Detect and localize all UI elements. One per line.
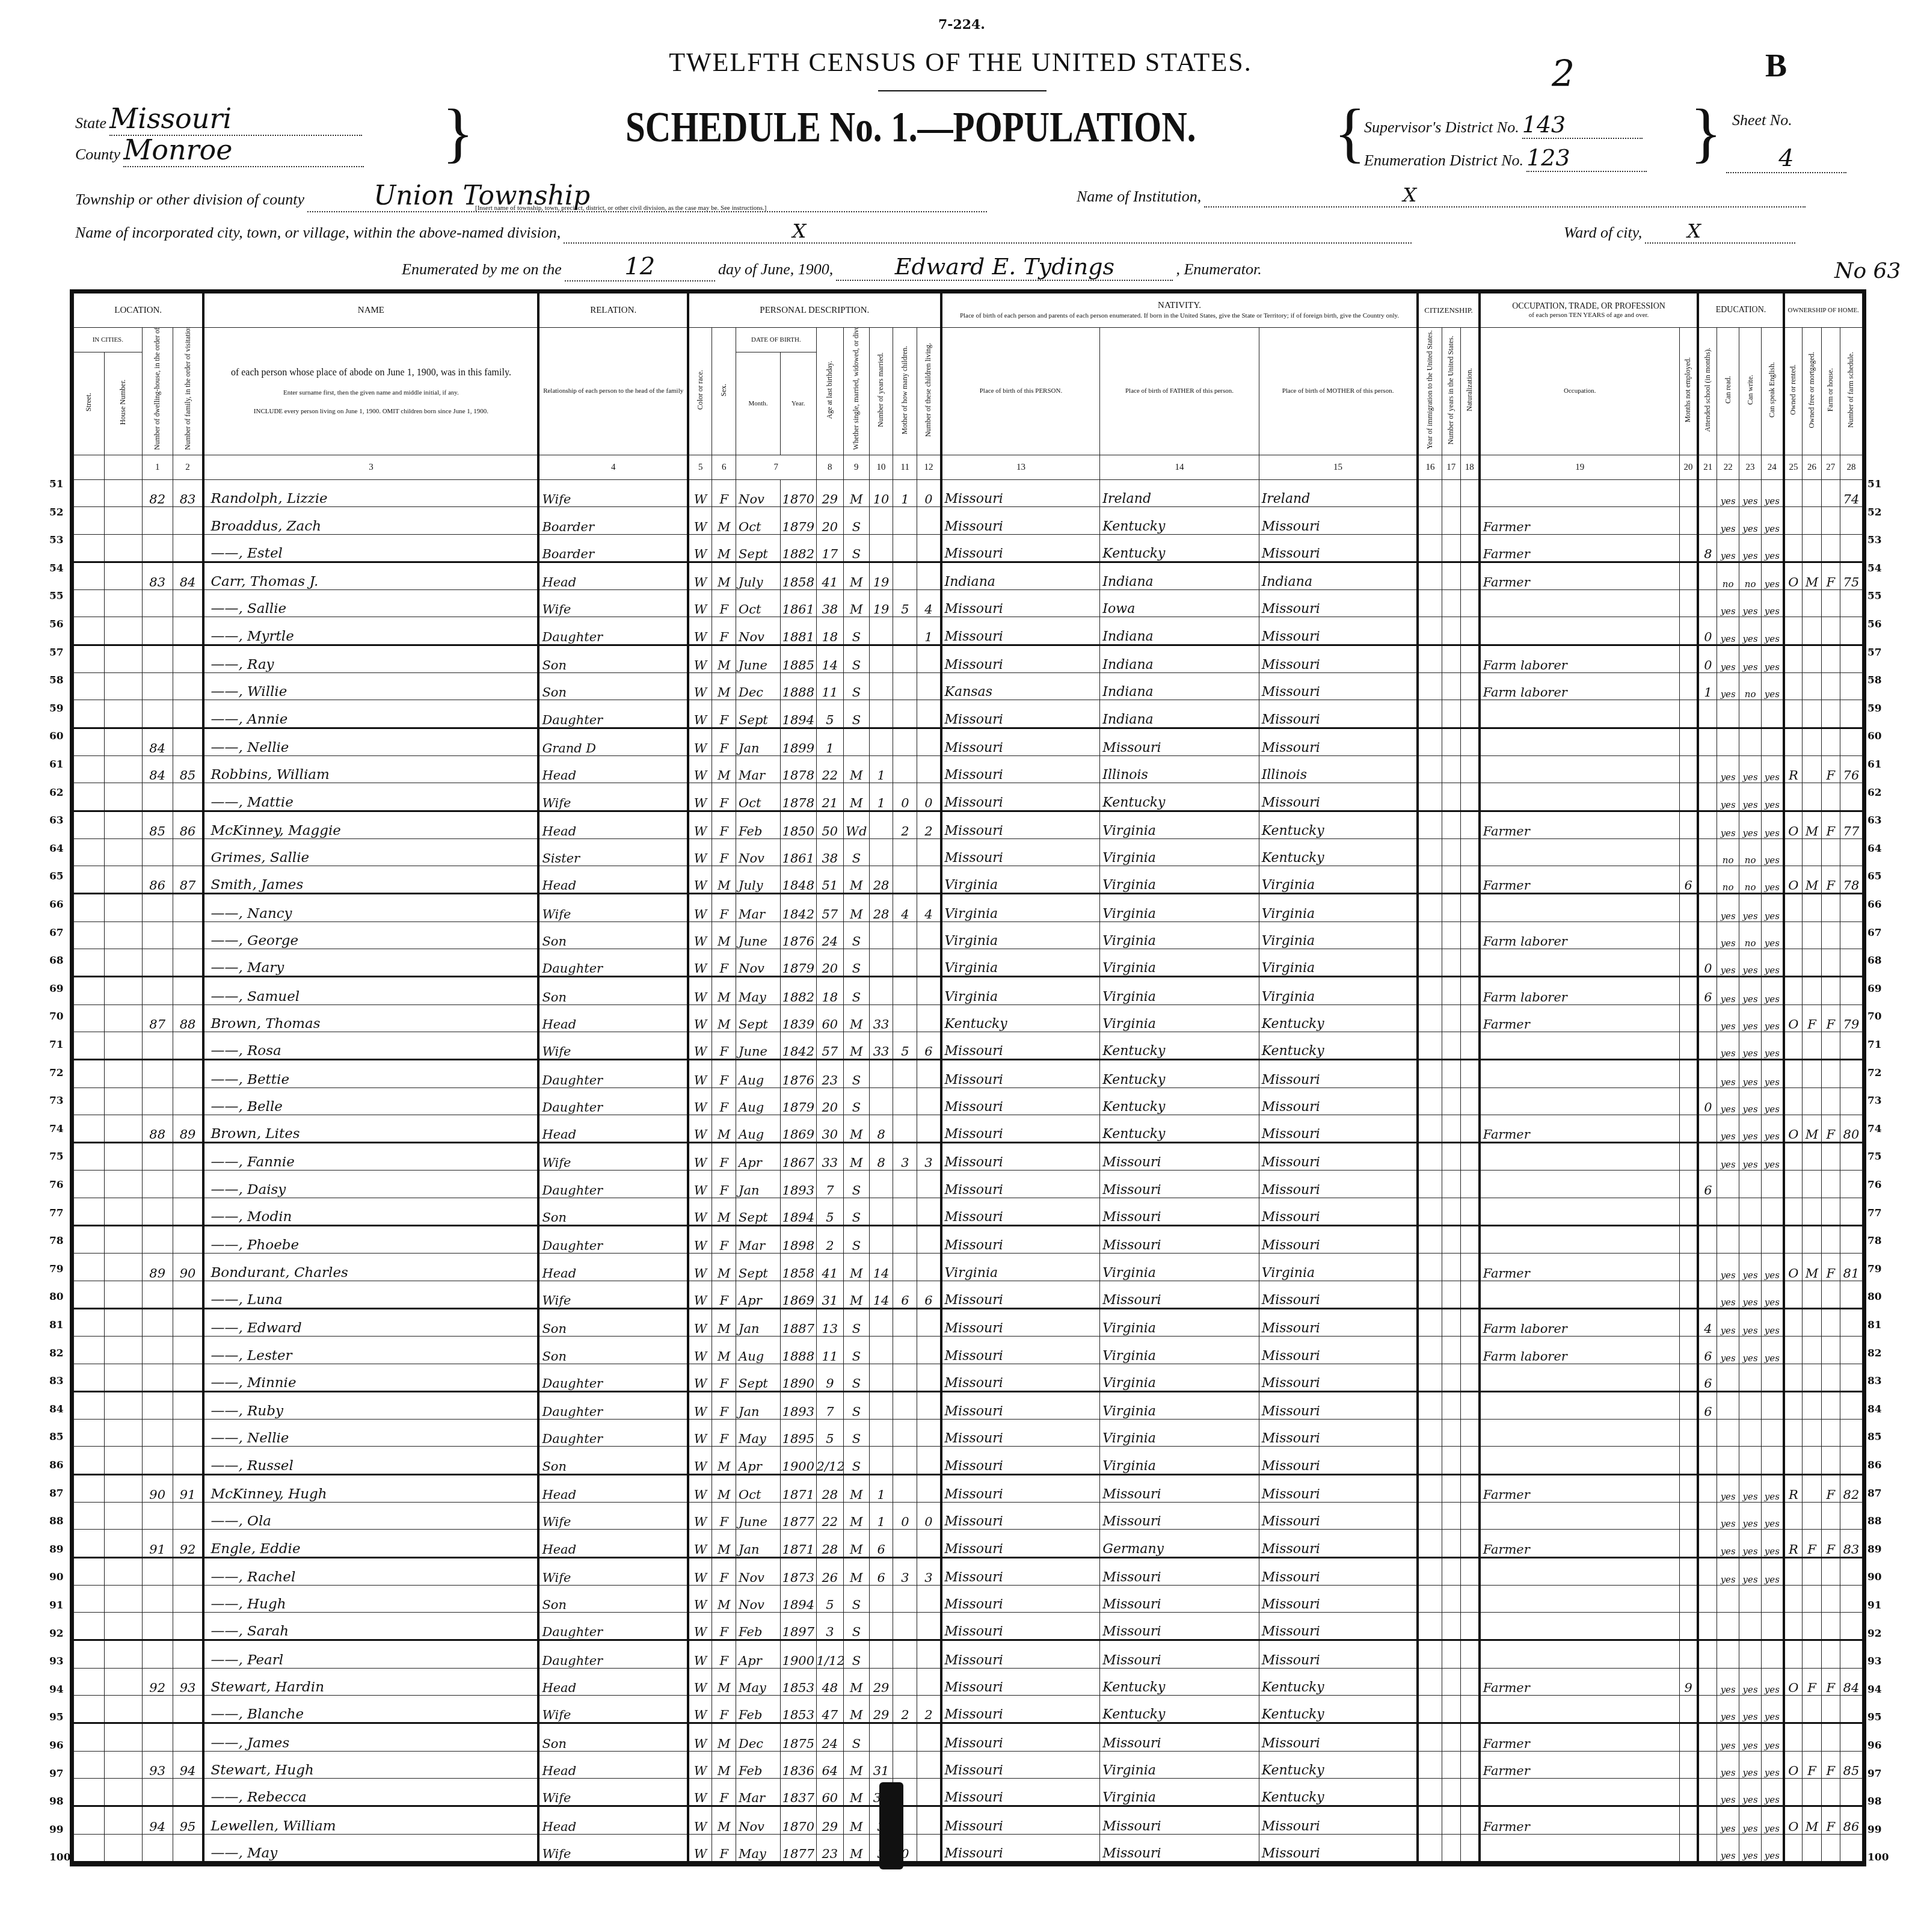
- dwelling-number: [142, 1723, 173, 1751]
- person-name: ——, Estel: [203, 534, 538, 562]
- age: 57: [816, 1032, 843, 1059]
- birthplace-person: Missouri: [941, 1226, 1100, 1254]
- owned-rented: O: [1784, 866, 1803, 894]
- age: 14: [816, 645, 843, 672]
- can-write: [1739, 1171, 1762, 1198]
- family-number: 90: [173, 1254, 203, 1281]
- can-speak-english: [1762, 1364, 1784, 1391]
- blank-cell: [74, 755, 105, 783]
- table-row: ——, NancyWifeWFMar184257M2844VirginiaVir…: [74, 894, 1863, 921]
- birth-month: Nov: [736, 838, 781, 866]
- blank-cell: [105, 1447, 143, 1474]
- occupation: [1480, 1834, 1679, 1862]
- blank-cell: [105, 1391, 143, 1419]
- birthplace-person: Missouri: [941, 1502, 1100, 1529]
- months-not-employed: [1679, 1226, 1698, 1254]
- table-row: ——, RosaWifeWFJune184257M3356MissouriKen…: [74, 1032, 1863, 1059]
- color: W: [688, 755, 712, 783]
- line-number-left: 93: [49, 1655, 64, 1667]
- marital-status: M: [844, 1032, 870, 1059]
- blank-cell: [1442, 1640, 1460, 1668]
- farm-house: [1821, 1281, 1840, 1308]
- birthplace-father: Kentucky: [1100, 1668, 1259, 1695]
- blank-cell: [1442, 1696, 1460, 1723]
- blank-cell: [1442, 562, 1460, 589]
- birthplace-mother: Missouri: [1259, 507, 1418, 534]
- table-row: 8788Brown, ThomasHeadWMSept183960M33Kent…: [74, 1004, 1863, 1032]
- table-row: ——, GeorgeSonWMJune187624SVirginiaVirgin…: [74, 921, 1863, 949]
- children-living: [917, 1004, 941, 1032]
- children-living: 6: [917, 1032, 941, 1059]
- farm-house: F: [1821, 1254, 1840, 1281]
- can-read: yes: [1717, 1115, 1739, 1142]
- attended-school: 0: [1698, 617, 1717, 645]
- relation: Daughter: [538, 949, 688, 977]
- birth-year: 1899: [780, 728, 816, 755]
- color: W: [688, 1613, 712, 1640]
- blank-cell: [1460, 1778, 1479, 1806]
- sex-label: Sex.: [720, 384, 728, 396]
- occupation: [1480, 894, 1679, 921]
- blank-cell: [105, 480, 143, 507]
- sex: F: [712, 949, 736, 977]
- children-living: [917, 1447, 941, 1474]
- blank-cell: [105, 562, 143, 589]
- blank-cell: [1418, 1308, 1442, 1336]
- blank-cell: [1418, 1613, 1442, 1640]
- attended-school: 0: [1698, 645, 1717, 672]
- relation: Daughter: [538, 1391, 688, 1419]
- line-number-left: 83: [49, 1375, 64, 1387]
- farm-schedule-number: [1840, 507, 1862, 534]
- blank-cell: [1460, 977, 1479, 1004]
- attended-school: [1698, 1585, 1717, 1612]
- person-name: ——, George: [203, 921, 538, 949]
- children-living: 0: [917, 1502, 941, 1529]
- blank-cell: [1442, 1447, 1460, 1474]
- relation: Wife: [538, 894, 688, 921]
- blank-cell: [105, 645, 143, 672]
- birthplace-mother: Virginia: [1259, 894, 1418, 921]
- can-read: yes: [1717, 1004, 1739, 1032]
- can-write: yes: [1739, 645, 1762, 672]
- family-number: [173, 1281, 203, 1308]
- children-living: 4: [917, 590, 941, 617]
- line-number-right: 68: [1867, 955, 1882, 967]
- blank-cell: [105, 700, 143, 728]
- owned-rented: O: [1784, 1115, 1803, 1142]
- table-row: ——, MyrtleDaughterWFNov188118S1MissouriI…: [74, 617, 1863, 645]
- birth-year: 1839: [780, 1004, 816, 1032]
- birth-month: Apr: [736, 1640, 781, 1668]
- color: W: [688, 1668, 712, 1695]
- column-number: 7: [736, 455, 817, 480]
- birth-month: Dec: [736, 673, 781, 700]
- blank-cell: [1418, 1143, 1442, 1171]
- free-mortgaged: M: [1803, 866, 1821, 894]
- attended-school: [1698, 1143, 1717, 1171]
- header-ownership: OWNERSHIP OF HOME.: [1784, 294, 1863, 328]
- blank-cell: [1460, 1171, 1479, 1198]
- table-row: ——, RebeccaWifeWFMar183760M31MissouriVir…: [74, 1778, 1863, 1806]
- birthplace-mother: Missouri: [1259, 673, 1418, 700]
- header-pob-father: Place of birth of FATHER of this person.: [1100, 328, 1259, 455]
- birthplace-person: Missouri: [941, 700, 1100, 728]
- birth-year: 1853: [780, 1696, 816, 1723]
- birthplace-father: Missouri: [1100, 728, 1259, 755]
- header-pob-person: Place of birth of this PERSON.: [941, 328, 1100, 455]
- children-living: 4: [917, 894, 941, 921]
- children-living: [917, 921, 941, 949]
- can-read: yes: [1717, 1254, 1739, 1281]
- column-number: 21: [1698, 455, 1717, 480]
- mother-of: [893, 1723, 917, 1751]
- birth-year: 1894: [780, 700, 816, 728]
- marital-status: M: [844, 894, 870, 921]
- children-living: 3: [917, 1143, 941, 1171]
- farm-schedule-number: 79: [1840, 1004, 1862, 1032]
- birthplace-person: Missouri: [941, 1115, 1100, 1142]
- line-number-right: 58: [1867, 674, 1882, 686]
- family-number: [173, 1778, 203, 1806]
- birthplace-father: Virginia: [1100, 977, 1259, 1004]
- dwelling-number: [142, 617, 173, 645]
- blank-cell: [74, 1391, 105, 1419]
- family-number: [173, 1060, 203, 1088]
- blank-cell: [1418, 1364, 1442, 1391]
- age: 29: [816, 480, 843, 507]
- person-name: Engle, Eddie: [203, 1530, 538, 1557]
- line-number-left: 80: [49, 1291, 64, 1303]
- attended-school: [1698, 1060, 1717, 1088]
- dwelling-number-label: Number of dwelling-house, in the order o…: [153, 330, 161, 450]
- age: 5: [816, 1585, 843, 1612]
- blank-cell: [105, 1337, 143, 1364]
- relation: Son: [538, 1723, 688, 1751]
- relation: Boarder: [538, 507, 688, 534]
- can-speak-english: yes: [1762, 1254, 1784, 1281]
- line-number-left: 95: [49, 1711, 64, 1723]
- blank-cell: [1418, 1806, 1442, 1834]
- table-row: ——, ModinSonWMSept18945SMissouriMissouri…: [74, 1198, 1863, 1225]
- attended-school: [1698, 866, 1717, 894]
- blank-cell: [105, 673, 143, 700]
- attended-school: [1698, 562, 1717, 589]
- owned-rented: [1784, 1171, 1803, 1198]
- farm-schedule-number: [1840, 1640, 1862, 1668]
- occupation: [1480, 1640, 1679, 1668]
- blank-cell: [1442, 1778, 1460, 1806]
- owned-rented: [1784, 480, 1803, 507]
- owned-rented: [1784, 921, 1803, 949]
- owned-rented: [1784, 507, 1803, 534]
- can-speak-english: yes: [1762, 1060, 1784, 1088]
- line-number-right: 83: [1867, 1375, 1882, 1387]
- age: 29: [816, 1806, 843, 1834]
- can-write: [1739, 1613, 1762, 1640]
- owned-rented: [1784, 1723, 1803, 1751]
- header-relation: RELATION.: [538, 294, 688, 328]
- sex: M: [712, 755, 736, 783]
- can-speak-english: yes: [1762, 1530, 1784, 1557]
- farm-schedule-label: Number of farm schedule.: [1847, 352, 1855, 428]
- free-mortgaged: [1803, 921, 1821, 949]
- farm-schedule-number: [1840, 1778, 1862, 1806]
- can-read: yes: [1717, 1088, 1739, 1115]
- family-number: 91: [173, 1474, 203, 1502]
- children-living: [917, 1834, 941, 1862]
- mother-of: [893, 921, 917, 949]
- birthplace-mother: Indiana: [1259, 562, 1418, 589]
- relation: Head: [538, 811, 688, 838]
- relation: Son: [538, 1198, 688, 1225]
- can-read: [1717, 1198, 1739, 1225]
- birthplace-mother: Missouri: [1259, 1088, 1418, 1115]
- blank-cell: [1442, 1088, 1460, 1115]
- can-speak-english: yes: [1762, 480, 1784, 507]
- age: 5: [816, 700, 843, 728]
- attended-school: 6: [1698, 977, 1717, 1004]
- relation: Grand D: [538, 728, 688, 755]
- blank-cell: [1460, 728, 1479, 755]
- farm-house: F: [1821, 1806, 1840, 1834]
- blank-cell: [1442, 1281, 1460, 1308]
- blank-cell: [105, 1751, 143, 1778]
- birth-month: Aug: [736, 1337, 781, 1364]
- farm-house: [1821, 1226, 1840, 1254]
- dwelling-number: 84: [142, 755, 173, 783]
- line-number-left: 61: [49, 758, 64, 771]
- can-write: yes: [1739, 894, 1762, 921]
- birthplace-mother: Missouri: [1259, 1723, 1418, 1751]
- can-speak-english-label: Can speak English.: [1768, 362, 1776, 417]
- line-number-right: 73: [1867, 1095, 1882, 1107]
- family-number: 83: [173, 480, 203, 507]
- children-living: [917, 1420, 941, 1447]
- blank-cell: [74, 1226, 105, 1254]
- sex: F: [712, 1557, 736, 1585]
- children-living-label: Number of these children living.: [924, 343, 932, 437]
- city-value: X: [564, 220, 1412, 244]
- birthplace-father: Missouri: [1100, 1613, 1259, 1640]
- person-name: ——, Lester: [203, 1337, 538, 1364]
- occupation: [1480, 1585, 1679, 1612]
- children-living: [917, 534, 941, 562]
- blank-cell: [74, 1530, 105, 1557]
- owned-rented: [1784, 1640, 1803, 1668]
- blank-cell: [1418, 1391, 1442, 1419]
- farm-schedule-number: [1840, 534, 1862, 562]
- farm-schedule-number: [1840, 921, 1862, 949]
- farm-schedule-number: [1840, 645, 1862, 672]
- person-name: ——, Mary: [203, 949, 538, 977]
- birth-month: Aug: [736, 1115, 781, 1142]
- ward-field: Ward of city, X: [1564, 220, 1795, 244]
- table-row: ——, SamuelSonWMMay188218SVirginiaVirgini…: [74, 977, 1863, 1004]
- farm-house: [1821, 700, 1840, 728]
- can-speak-english: yes: [1762, 1032, 1784, 1059]
- farm-house: [1821, 977, 1840, 1004]
- color: W: [688, 1640, 712, 1668]
- years-married: [869, 673, 893, 700]
- enumeration-district-field: Enumeration District No. 123: [1364, 144, 1647, 172]
- table-row: ——, JamesSonWMDec187524SMissouriMissouri…: [74, 1723, 1863, 1751]
- birthplace-mother: Virginia: [1259, 866, 1418, 894]
- free-mortgaged: [1803, 480, 1821, 507]
- birth-year: 1871: [780, 1530, 816, 1557]
- attended-school: 1: [1698, 673, 1717, 700]
- line-number-left: 84: [49, 1403, 64, 1415]
- can-read-label: Can read.: [1724, 376, 1732, 404]
- person-name: Robbins, William: [203, 755, 538, 783]
- birthplace-mother: Kentucky: [1259, 1004, 1418, 1032]
- color: W: [688, 1447, 712, 1474]
- line-number-left: 57: [49, 647, 64, 659]
- family-number: [173, 1337, 203, 1364]
- farm-schedule-number: 74: [1840, 480, 1862, 507]
- can-write: yes: [1739, 1530, 1762, 1557]
- age: 2/12: [816, 1447, 843, 1474]
- can-read: yes: [1717, 1032, 1739, 1059]
- birth-year: 1893: [780, 1391, 816, 1419]
- attended-school: [1698, 838, 1717, 866]
- column-number: 25: [1784, 455, 1803, 480]
- birth-month: Sept: [736, 700, 781, 728]
- blank-cell: [1460, 811, 1479, 838]
- occupation: Farmer: [1480, 811, 1679, 838]
- age: 30: [816, 1115, 843, 1142]
- blank-cell: [74, 1751, 105, 1778]
- birth-month: Oct: [736, 590, 781, 617]
- marital-status: M: [844, 866, 870, 894]
- age: 13: [816, 1308, 843, 1336]
- birthplace-father: Kentucky: [1100, 507, 1259, 534]
- birth-month: Aug: [736, 1060, 781, 1088]
- relation: Head: [538, 1751, 688, 1778]
- sex: F: [712, 1391, 736, 1419]
- line-number-left: 64: [49, 843, 64, 855]
- blank-cell: [105, 1143, 143, 1171]
- months-not-employed: [1679, 1723, 1698, 1751]
- blank-cell: [105, 1613, 143, 1640]
- blank-cell: [74, 1254, 105, 1281]
- color: W: [688, 562, 712, 589]
- line-number-left: 98: [49, 1795, 64, 1807]
- dwelling-number: 83: [142, 562, 173, 589]
- color: W: [688, 1254, 712, 1281]
- age: 33: [816, 1143, 843, 1171]
- supervisor-district-value: 143: [1522, 111, 1643, 139]
- color: W: [688, 1751, 712, 1778]
- name-desc-1: of each person whose place of abode on J…: [204, 367, 537, 378]
- birth-year: 1898: [780, 1226, 816, 1254]
- blank-cell: [1418, 1115, 1442, 1142]
- attended-school: [1698, 755, 1717, 783]
- blank-cell: [1418, 1502, 1442, 1529]
- farm-schedule-number: [1840, 1032, 1862, 1059]
- blank-cell: [1442, 1834, 1460, 1862]
- relation: Head: [538, 1530, 688, 1557]
- line-number-right: 61: [1867, 758, 1882, 771]
- can-read: [1717, 1171, 1739, 1198]
- table-row: 9293Stewart, HardinHeadWMMay185348M29Mis…: [74, 1668, 1863, 1695]
- mother-of: 2: [893, 811, 917, 838]
- mother-of: [893, 1308, 917, 1336]
- column-number: 27: [1821, 455, 1840, 480]
- birth-year: 1879: [780, 1088, 816, 1115]
- free-mortgaged: [1803, 1060, 1821, 1088]
- marital-status: S: [844, 921, 870, 949]
- mother-of: [893, 1115, 917, 1142]
- column-number: 28: [1840, 455, 1862, 480]
- blank-cell: [1460, 590, 1479, 617]
- column-number-row: 1234567891011121314151617181920212223242…: [74, 455, 1863, 480]
- children-living: [917, 645, 941, 672]
- line-number-left: 54: [49, 562, 64, 574]
- age: 48: [816, 1668, 843, 1695]
- line-number-right: 79: [1867, 1263, 1882, 1275]
- birthplace-father: Indiana: [1100, 673, 1259, 700]
- blank-cell: [1418, 1032, 1442, 1059]
- mother-of: [893, 617, 917, 645]
- mother-of: [893, 949, 917, 977]
- farm-house: F: [1821, 866, 1840, 894]
- birthplace-father: Virginia: [1100, 1364, 1259, 1391]
- person-name: ——, Samuel: [203, 977, 538, 1004]
- age: 26: [816, 1557, 843, 1585]
- blank-cell: [1460, 1308, 1479, 1336]
- months-not-employed: [1679, 1778, 1698, 1806]
- table-row: ——, LunaWifeWFApr186931M1466MissouriMiss…: [74, 1281, 1863, 1308]
- occupation: [1480, 1143, 1679, 1171]
- birth-year: 1870: [780, 1806, 816, 1834]
- family-number: [173, 1308, 203, 1336]
- header-nativity: NATIVITY. Place of birth of each person …: [941, 294, 1418, 328]
- years-married-label: Number of years married.: [877, 352, 885, 427]
- birth-month: Mar: [736, 1226, 781, 1254]
- table-row: ——, RachelWifeWFNov187326M633MissouriMis…: [74, 1557, 1863, 1585]
- enumerator-label: , Enumerator.: [1176, 260, 1261, 278]
- occupation: Farmer: [1480, 1806, 1679, 1834]
- blank-cell: [1418, 1668, 1442, 1695]
- mother-of: 1: [893, 480, 917, 507]
- mother-of: [893, 1364, 917, 1391]
- can-write: [1739, 1640, 1762, 1668]
- dwelling-number: [142, 1420, 173, 1447]
- attended-school: [1698, 1557, 1717, 1585]
- birth-month: Jan: [736, 728, 781, 755]
- birth-year: 1858: [780, 1254, 816, 1281]
- relation: Sister: [538, 838, 688, 866]
- farm-schedule-number: 77: [1840, 811, 1862, 838]
- family-number: [173, 1420, 203, 1447]
- years-married: 6: [869, 1530, 893, 1557]
- line-number-right: 64: [1867, 843, 1882, 855]
- can-write: [1739, 700, 1762, 728]
- birthplace-father: Indiana: [1100, 700, 1259, 728]
- margin-note: No 63: [1834, 259, 1901, 283]
- farm-house: [1821, 838, 1840, 866]
- farm-schedule-number: [1840, 838, 1862, 866]
- owned-rented: [1784, 949, 1803, 977]
- age: 5: [816, 1198, 843, 1225]
- blank-cell: [74, 1668, 105, 1695]
- age: 23: [816, 1834, 843, 1862]
- dwelling-number: [142, 894, 173, 921]
- person-name: ——, Luna: [203, 1281, 538, 1308]
- blank-cell: [105, 811, 143, 838]
- children-living: [917, 1751, 941, 1778]
